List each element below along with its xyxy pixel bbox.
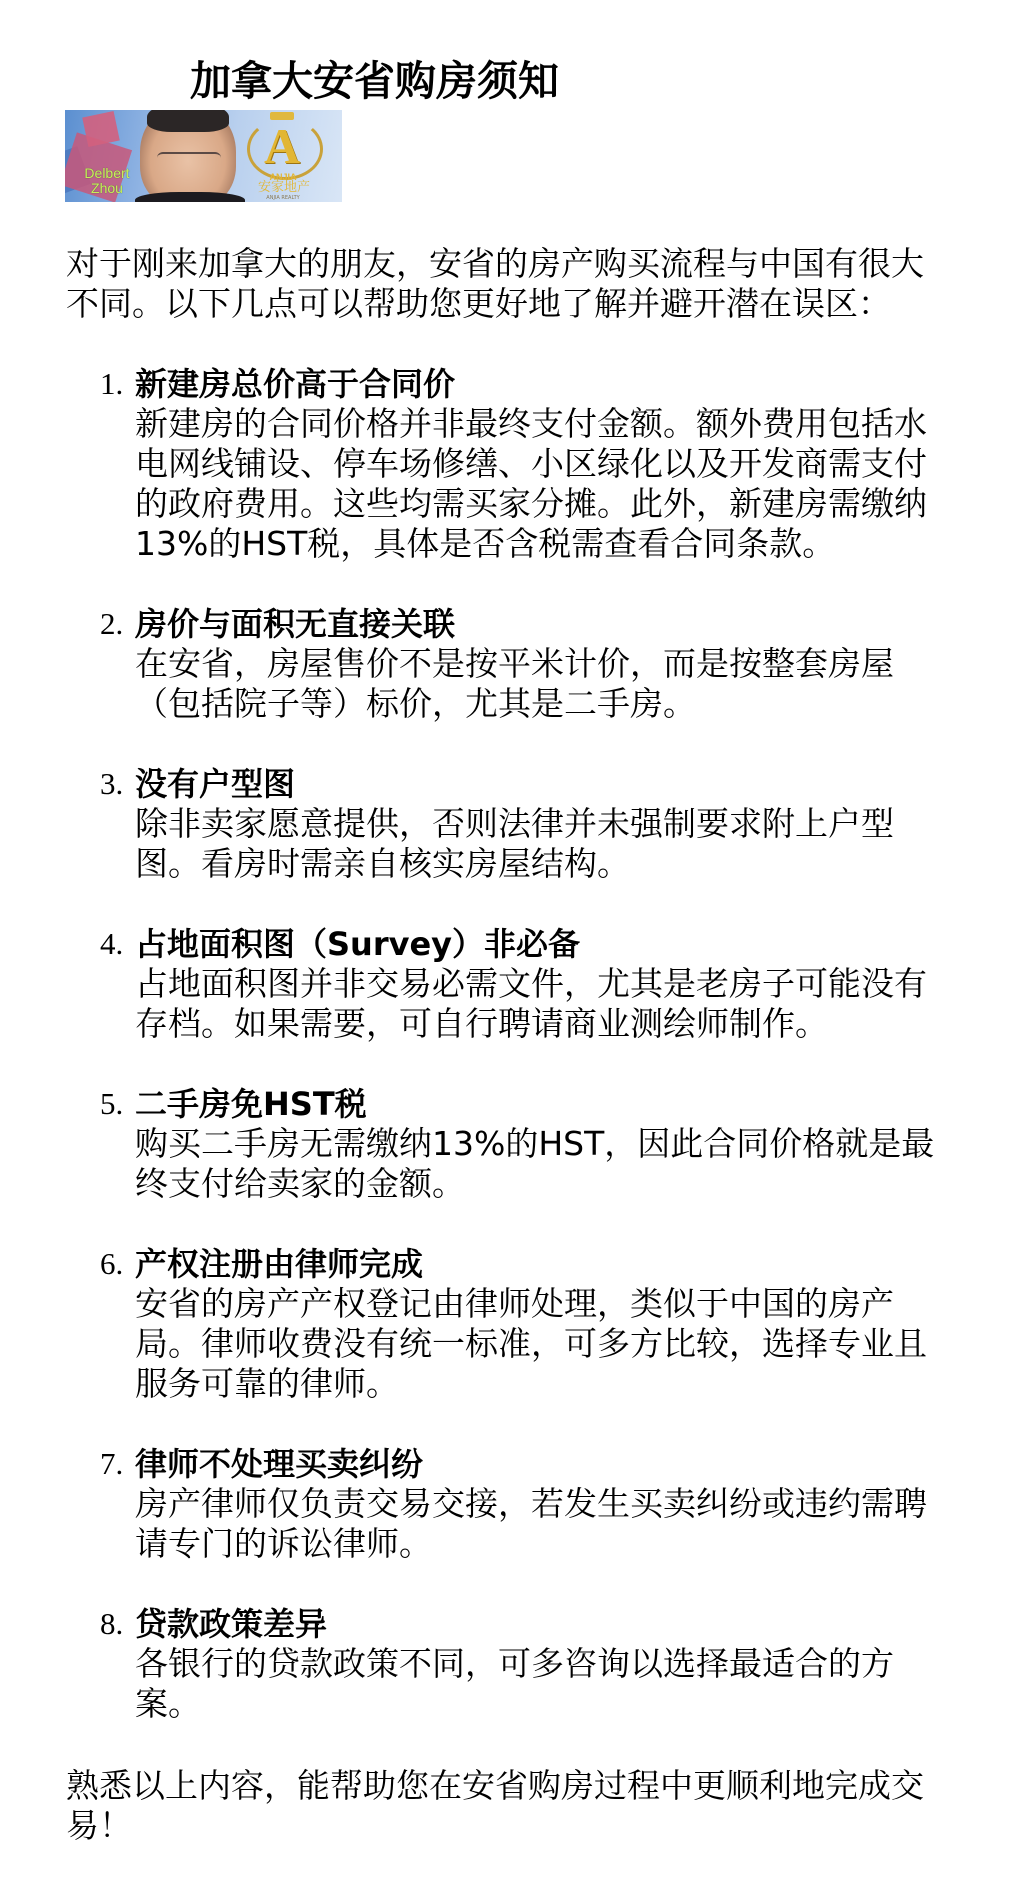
agent-photo-hair (147, 110, 229, 132)
logo-letter: A (243, 116, 321, 176)
item-number: 8. (100, 1604, 123, 1644)
item-number: 6. (100, 1244, 123, 1284)
item-body-line: 电网线铺设、停车场修缮、小区绿化以及开发商需支付 (135, 444, 927, 484)
item-heading: 新建房总价高于合同价 (135, 364, 455, 404)
intro-line: 对于刚来加拿大的朋友，安省的房产购买流程与中国有很大 (66, 244, 1006, 284)
item-body-line: 存档。如果需要，可自行聘请商业测绘师制作。 (135, 1004, 927, 1044)
intro-paragraph: 对于刚来加拿大的朋友，安省的房产购买流程与中国有很大 不同。以下几点可以帮助您更… (66, 244, 1006, 324)
item-body: 在安省，房屋售价不是按平米计价，而是按整套房屋 （包括院子等）标价，尤其是二手房… (135, 644, 894, 724)
item-body: 各银行的贷款政策不同，可多咨询以选择最适合的方 案。 (135, 1644, 894, 1724)
item-number: 2. (100, 604, 123, 644)
page-title: 加拿大安省购房须知 (190, 56, 559, 106)
logo-subtitle: ANJIA REALTY (261, 195, 305, 201)
intro-line: 不同。以下几点可以帮助您更好地了解并避开潜在误区： (66, 284, 1006, 324)
item-heading: 律师不处理买卖纠纷 (135, 1444, 423, 1484)
item-body-line: 各银行的贷款政策不同，可多咨询以选择最适合的方 (135, 1644, 894, 1684)
item-body: 除非卖家愿意提供，否则法律并未强制要求附上户型 图。看房时需亲自核实房屋结构。 (135, 804, 894, 884)
logo-chinese: 安家地产 (249, 181, 319, 195)
item-body-line: 服务可靠的律师。 (135, 1364, 927, 1404)
conclusion-line: 易！ (66, 1806, 1006, 1846)
item-heading: 房价与面积无直接关联 (135, 604, 455, 644)
agent-name-first: Delbert (69, 166, 145, 181)
item-body-line: 除非卖家愿意提供，否则法律并未强制要求附上户型 (135, 804, 894, 844)
item-body: 安省的房产产权登记由律师处理，类似于中国的房产 局。律师收费没有统一标准，可多方… (135, 1284, 927, 1404)
item-body-line: 安省的房产产权登记由律师处理，类似于中国的房产 (135, 1284, 927, 1324)
agent-photo-shoulder (135, 192, 245, 202)
conclusion-paragraph: 熟悉以上内容，能帮助您在安省购房过程中更顺利地完成交 易！ (66, 1766, 1006, 1846)
item-heading: 没有户型图 (135, 764, 295, 804)
item-number: 4. (100, 924, 123, 964)
agent-name-last: Zhou (69, 181, 145, 196)
item-body-line: （包括院子等）标价，尤其是二手房。 (135, 684, 894, 724)
conclusion-line: 熟悉以上内容，能帮助您在安省购房过程中更顺利地完成交 (66, 1766, 1006, 1806)
item-body: 新建房的合同价格并非最终支付金额。额外费用包括水 电网线铺设、停车场修缮、小区绿… (135, 404, 927, 564)
item-heading: 二手房免HST税 (135, 1084, 367, 1124)
item-number: 5. (100, 1084, 123, 1124)
item-body-line: 购买二手房无需缴纳13%的HST，因此合同价格就是最 (135, 1124, 934, 1164)
agent-banner-image: Delbert Zhou A ANJIA 安家地产 ANJIA REALTY (65, 110, 342, 202)
item-heading: 产权注册由律师完成 (135, 1244, 423, 1284)
item-number: 1. (100, 364, 123, 404)
agent-photo-glasses (157, 152, 221, 166)
item-number: 7. (100, 1444, 123, 1484)
item-body-line: 占地面积图并非交易必需文件，尤其是老房子可能没有 (135, 964, 927, 1004)
item-body-line: 终支付给卖家的金额。 (135, 1164, 934, 1204)
item-heading: 贷款政策差异 (135, 1604, 327, 1644)
decorative-shape (82, 111, 120, 147)
item-heading: 占地面积图（Survey）非必备 (135, 924, 580, 964)
item-body-line: 13%的HST税，具体是否含税需查看合同条款。 (135, 524, 927, 564)
item-body-line: 请专门的诉讼律师。 (135, 1524, 927, 1564)
item-body-line: 的政府费用。这些均需买家分摊。此外，新建房需缴纳 (135, 484, 927, 524)
item-body-line: 案。 (135, 1684, 894, 1724)
item-body-line: 在安省，房屋售价不是按平米计价，而是按整套房屋 (135, 644, 894, 684)
item-body-line: 局。律师收费没有统一标准，可多方比较，选择专业且 (135, 1324, 927, 1364)
item-body: 占地面积图并非交易必需文件，尤其是老房子可能没有 存档。如果需要，可自行聘请商业… (135, 964, 927, 1044)
item-body-line: 图。看房时需亲自核实房屋结构。 (135, 844, 894, 884)
item-body-line: 新建房的合同价格并非最终支付金额。额外费用包括水 (135, 404, 927, 444)
item-body: 房产律师仅负责交易交接，若发生买卖纠纷或违约需聘 请专门的诉讼律师。 (135, 1484, 927, 1564)
agent-name: Delbert Zhou (69, 166, 145, 196)
item-number: 3. (100, 764, 123, 804)
item-body: 购买二手房无需缴纳13%的HST，因此合同价格就是最 终支付给卖家的金额。 (135, 1124, 934, 1204)
item-body-line: 房产律师仅负责交易交接，若发生买卖纠纷或违约需聘 (135, 1484, 927, 1524)
